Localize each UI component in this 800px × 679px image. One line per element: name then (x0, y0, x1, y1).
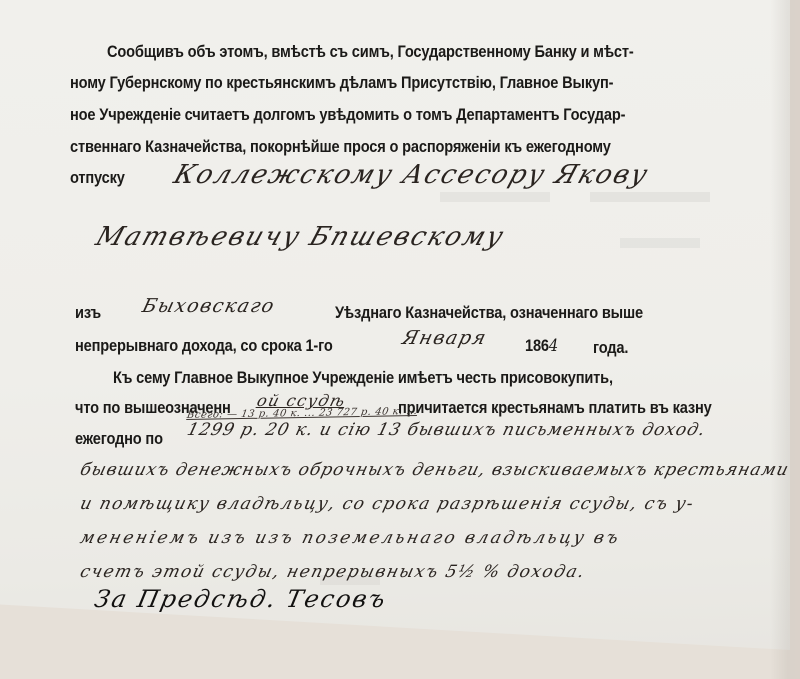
year-printed: 186 (525, 336, 549, 355)
date-prefix: непрерывнаго дохода, со срока 1-го (75, 336, 333, 356)
printed-line-1: Сообщивъ объ этомъ, вмѣстѣ съ симъ, Госу… (107, 42, 634, 62)
paragraph2-line-3-prefix: ежегодно по (75, 429, 163, 449)
bleed-through-mark (440, 192, 550, 202)
signature: За Предсѣд. Тесовъ (92, 585, 390, 613)
date-year: 1864 (525, 336, 558, 356)
bleed-through-mark (620, 238, 700, 248)
handwritten-continuation-2: и помѣщику владѣльцу, со срока разрѣшені… (78, 494, 697, 514)
printed-line-4: ственнаго Казначейства, покорнѣйше прося… (70, 137, 611, 157)
page-edge-shadow (770, 0, 800, 679)
printed-line-3: ное Учрежденіе считаетъ долгомъ увѣдомит… (70, 105, 625, 125)
handwritten-recipient-line-2: Матвѣевичу Бпшевскому (92, 222, 509, 252)
handwritten-place: Быховскаго (140, 295, 278, 317)
printed-line-2: ному Губернскому по крестьянскимъ дѣламъ… (70, 73, 613, 93)
handwritten-recipient-line-1: Коллежскому Ассесору Якову (170, 160, 653, 190)
from-suffix: Уѣзднаго Казначейства, означеннаго выше (335, 303, 643, 323)
handwritten-continuation-1: бывшихъ денежныхъ оброчныхъ деньги, взыс… (78, 460, 791, 480)
handwritten-month: Января (400, 327, 489, 349)
year-handwritten-digit: 4 (549, 336, 558, 356)
document-page (0, 0, 790, 650)
handwritten-continuation-3: мененіемъ изъ изъ поземельнаго владѣльцу… (78, 528, 623, 548)
printed-line-5: отпуску (70, 168, 125, 188)
handwritten-amount: 1299 р. 20 к. и сію 13 бывшихъ письменны… (185, 420, 708, 440)
paragraph2-line-1: Къ сему Главное Выкупное Учрежденіе имѣе… (113, 368, 613, 388)
paragraph2-line-2-suffix: причитается крестьянамъ платить въ казну (398, 398, 712, 418)
date-suffix: года. (593, 338, 628, 358)
handwritten-continuation-4: счетъ этой ссуды, непрерывныхъ 5½ % дохо… (78, 562, 588, 582)
from-prefix: изъ (75, 303, 101, 323)
bleed-through-mark (590, 192, 710, 202)
